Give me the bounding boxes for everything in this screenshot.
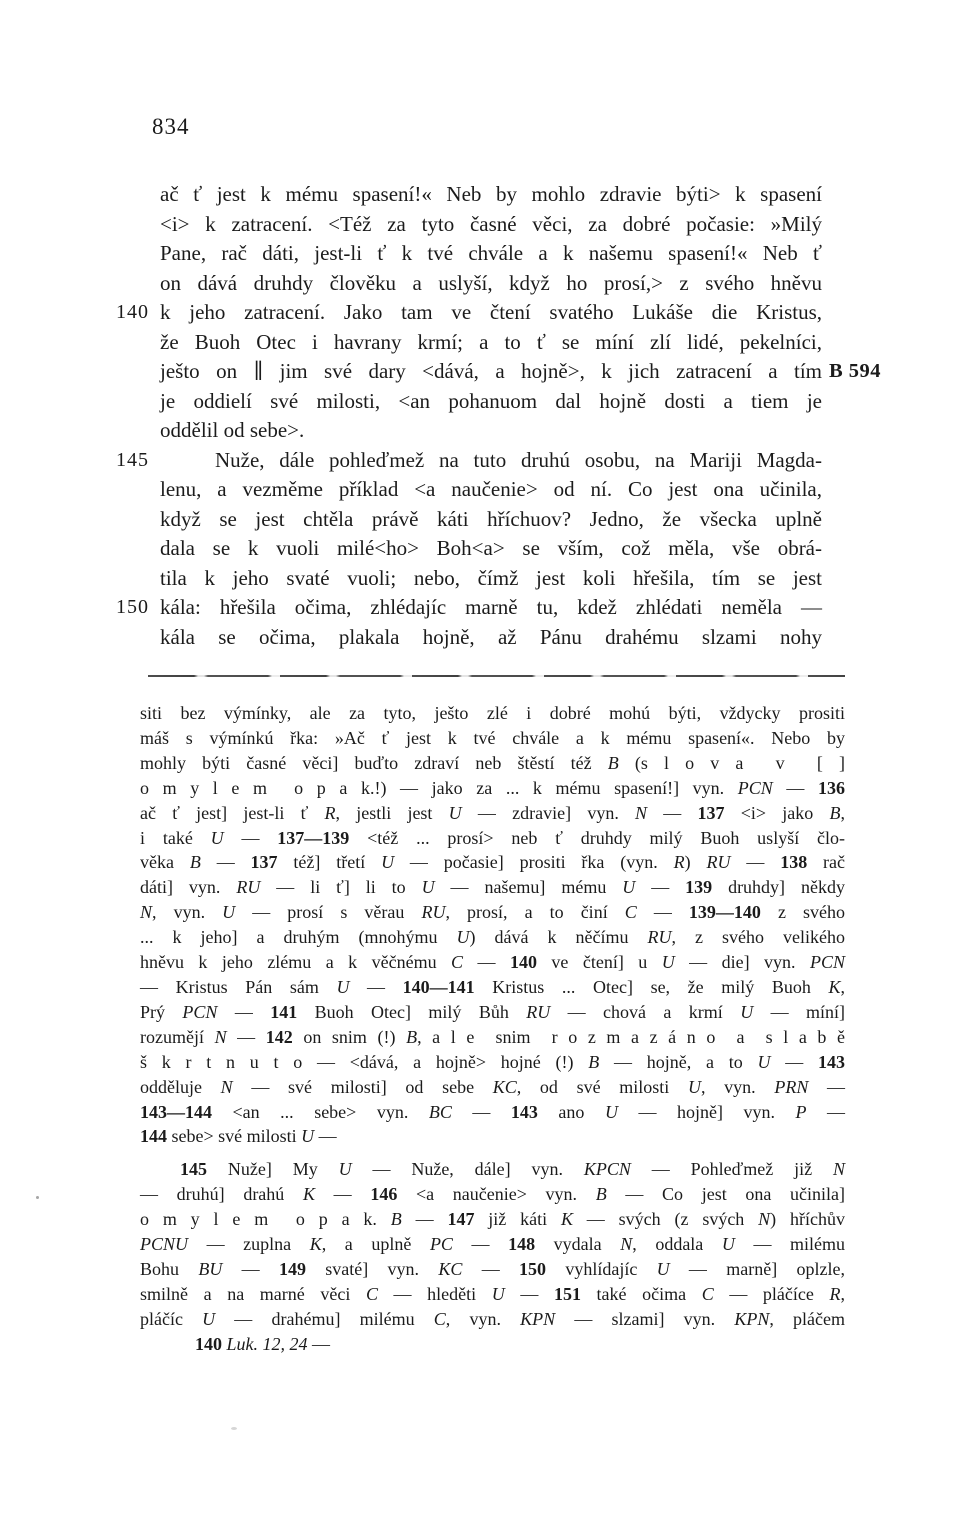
- text-line: 140k jeho zatracení. Jako tam ve čtení s…: [160, 298, 822, 328]
- text-line: když se jest chtěla právě káti hříchuov?…: [160, 505, 822, 535]
- text-line: máš s výmínkú řka: »Ač ť jest k tvé chvá…: [140, 726, 845, 751]
- text-line: o m y l e m o p a k.!) — jako za ... k m…: [140, 776, 845, 801]
- verse-line-number: 150: [116, 593, 158, 623]
- text-line: kála se očima, plakala hojně, až Pánu dr…: [160, 623, 822, 653]
- text-line: dala se k vuoli milé<ho> Boh<a> se vším,…: [160, 534, 822, 564]
- text-line: dáti] vyn. RU — li ť] li to U — našemu] …: [140, 875, 845, 900]
- text-line: je oddielí své milosti, <an pohanuom dal…: [160, 387, 822, 417]
- text-line: o m y l e m o p a k. B — 147 již káti K …: [140, 1207, 845, 1232]
- text-line: mohly býti časné věci] buďto zdraví neb …: [140, 751, 845, 776]
- text-line: Bohu BU — 149 svaté] vyn. KC — 150 vyhlí…: [140, 1257, 845, 1282]
- text-line: š k r t n u t o — <dává, a hojně> hojné …: [140, 1050, 845, 1075]
- text-line: Prý PCN — 141 Buoh Otec] milý Bůh RU — c…: [140, 1000, 845, 1025]
- manuscript-page-margin-note: B 594: [829, 357, 881, 387]
- text-line: věka B — 137 též] třetí U — počasie] pro…: [140, 850, 845, 875]
- text-line: tila k jeho svaté vuoli; nebo, čímž jest…: [160, 564, 822, 594]
- text-line: lenu, a vezměme příklad <a naučenie> od …: [160, 475, 822, 505]
- text-line: 145Nuže, dále pohleďmež na tuto druhú os…: [160, 446, 822, 476]
- verse-line-number: 145: [116, 446, 158, 476]
- text-line: oddělil od sebe>.: [160, 416, 822, 446]
- text-line: 150kála: hřešila očima, zhlédajíc marně …: [160, 593, 822, 623]
- text-line: <i> k zatracení. <Též za tyto časné věci…: [160, 210, 822, 240]
- book-page: 834 ač ť jest k mému spasení!« Neb by mo…: [0, 0, 960, 1536]
- text-line: — Kristus Pán sám U — 140—141 Kristus ..…: [140, 975, 845, 1000]
- text-line: — druhú] drahú K — 146 <a naučenie> vyn.…: [140, 1182, 845, 1207]
- scan-speck: [231, 1427, 237, 1430]
- text-line: i také U — 137—139 <též ... prosí> neb ť…: [140, 826, 845, 851]
- text-line: ... k jeho] a druhým (mnohýmu U) dává k …: [140, 925, 845, 950]
- text-line: siti bez výmínky, ale za tyto, ješto zlé…: [140, 701, 845, 726]
- text-line: Pane, rač dáti, jest-li ť k tvé chvále a…: [160, 239, 822, 269]
- text-line: rozumějí N — 142 on snim (!) B, a l e sn…: [140, 1025, 845, 1050]
- text-line: pláčíc U — drahému] milému C, vyn. KPN —…: [140, 1307, 845, 1332]
- text-line: ač ť jest k mému spasení!« Neb by mohlo …: [160, 180, 822, 210]
- scan-speck: [36, 1196, 39, 1199]
- text-line: N, vyn. U — prosí s věrau RU, prosí, a t…: [140, 900, 845, 925]
- text-line: že Buoh Otec i havrany krmí; a to ť se m…: [160, 328, 822, 358]
- text-line: PCNU — zuplna K, a uplně PC — 148 vydala…: [140, 1232, 845, 1257]
- page-number: 834: [152, 114, 190, 140]
- text-line: ač ť jest] jest-li ť R, jestli jest U — …: [140, 801, 845, 826]
- text-line: on dává druhdy člověku a uslyší, když ho…: [160, 269, 822, 299]
- bible-reference-block: 140 Luk. 12, 24 —: [140, 1332, 845, 1357]
- apparatus-separator-rule: [148, 675, 845, 677]
- verse-line-number: 140: [116, 298, 158, 328]
- text-line: 140 Luk. 12, 24 —: [140, 1332, 845, 1357]
- text-line: hněvu k jeho zlému a k věčnému C — 140 v…: [140, 950, 845, 975]
- text-line: 144 sebe> své milosti U —: [140, 1124, 845, 1149]
- text-line: 145 Nuže] My U — Nuže, dále] vyn. KPCN —…: [140, 1157, 845, 1182]
- critical-apparatus-block: siti bez výmínky, ale za tyto, ješto zlé…: [140, 701, 845, 1332]
- text-line: smilně a na marné věci C — hleděti U — 1…: [140, 1282, 845, 1307]
- text-line: B 594ješto on ∥ jim své dary <dává, a ho…: [160, 357, 822, 387]
- text-line: odděluje N — své milosti] od sebe KC, od…: [140, 1075, 845, 1100]
- text-line: 143—144 <an ... sebe> vyn. BC — 143 ano …: [140, 1100, 845, 1125]
- main-text-block: ač ť jest k mému spasení!« Neb by mohlo …: [160, 180, 822, 652]
